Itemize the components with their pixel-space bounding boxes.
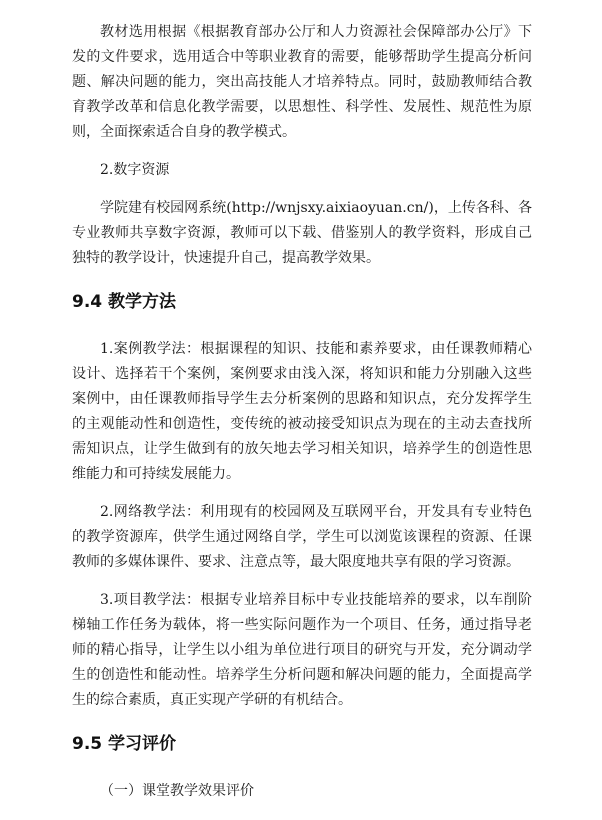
subheading-digital-resources: 2.数字资源: [72, 158, 532, 183]
paragraph-textbook-selection: 教材选用根据《根据教育部办公厅和人力资源社会保障部办公厅》下发的文件要求，选用适…: [72, 20, 532, 145]
paragraph-case-teaching-method: 1.案例教学法：根据课程的知识、技能和素养要求，由任课教师精心设计、选择若干个案…: [72, 337, 532, 487]
document-page: 教材选用根据《根据教育部办公厅和人力资源社会保障部办公厅》下发的文件要求，选用适…: [0, 0, 602, 820]
paragraph-project-teaching-method: 3.项目教学法：根据专业培养目标中专业技能培养的要求，以车削阶梯轴工作任务为载体…: [72, 588, 532, 713]
paragraph-network-teaching-method: 2.网络教学法：利用现有的校园网及互联网平台，开发具有专业特色的教学资源库，供学…: [72, 500, 532, 575]
heading-learning-evaluation: 9.5 学习评价: [72, 731, 532, 757]
paragraph-classroom-evaluation: （一）课堂教学效果评价: [72, 779, 532, 804]
heading-teaching-methods: 9.4 教学方法: [72, 289, 532, 315]
paragraph-campus-network: 学院建有校园网系统(http://wnjsxy.aixiaoyuan.cn/)，…: [72, 196, 532, 271]
